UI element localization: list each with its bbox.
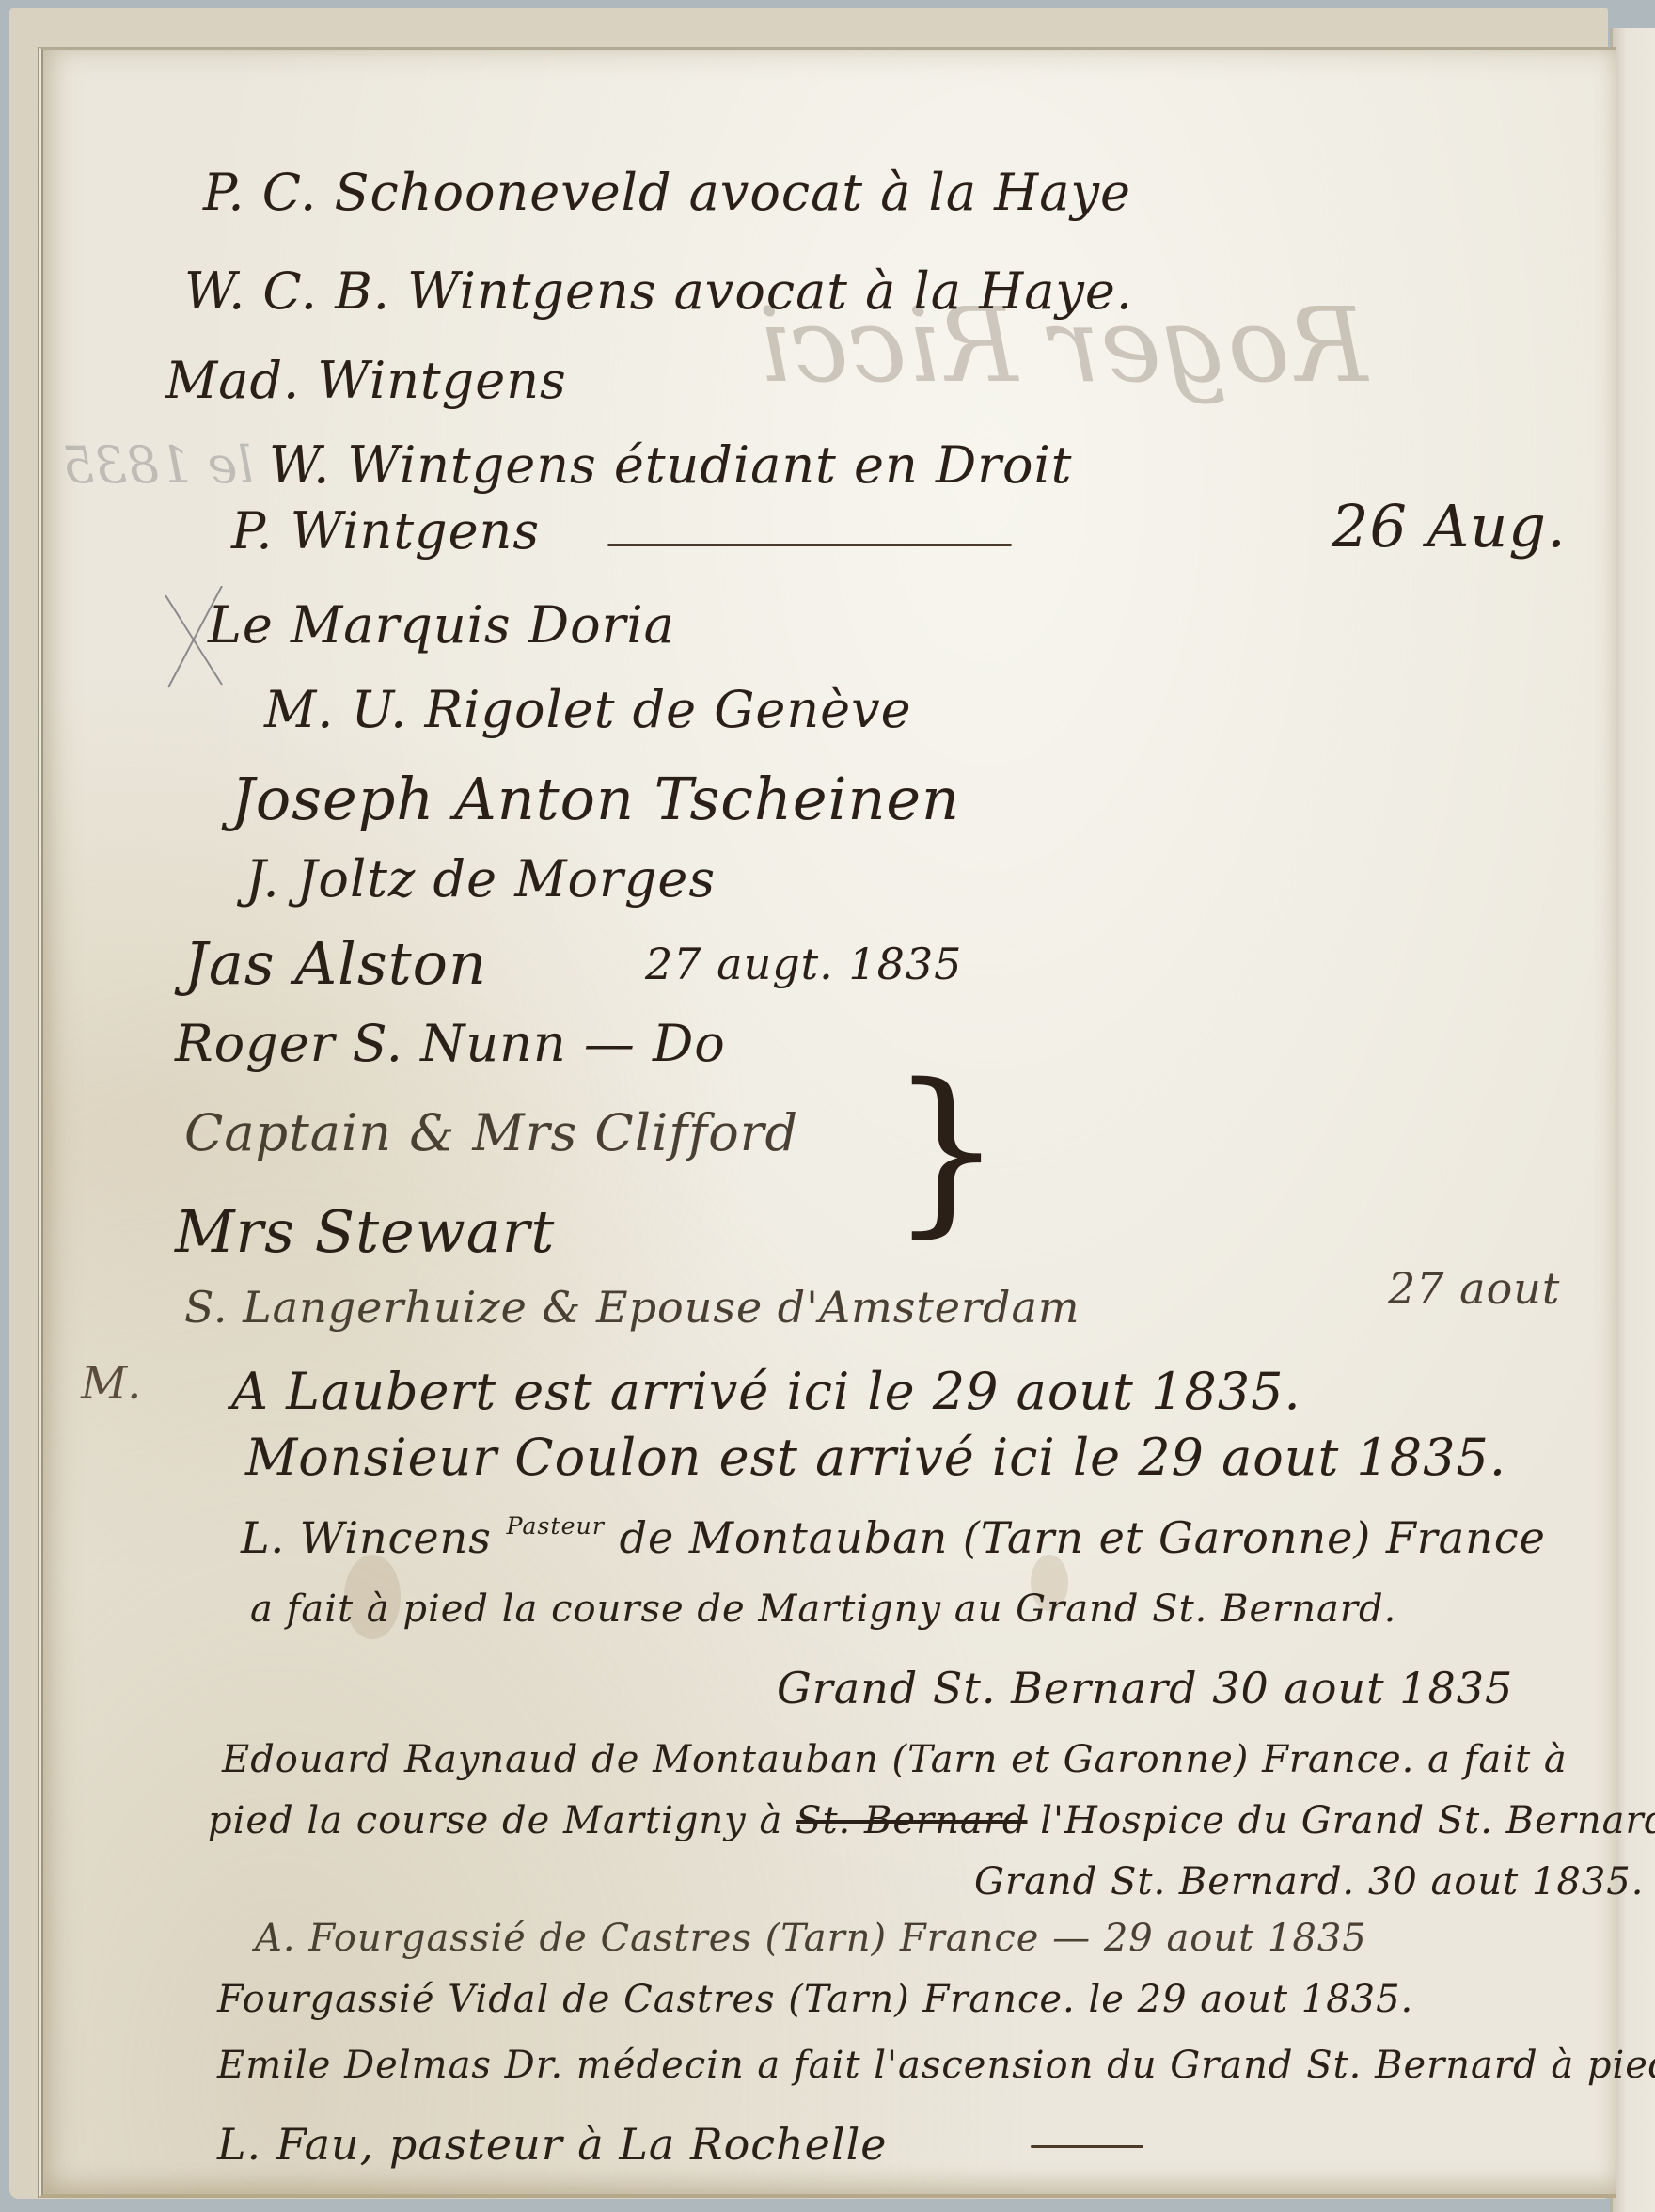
scanned-manuscript: Roger Ricci le 1835 M. P. C. Schooneveld… (0, 0, 1655, 2212)
manuscript-page: Roger Ricci le 1835 M. P. C. Schooneveld… (38, 47, 1616, 2198)
entry-grand-st-bernard-date-2: Grand St. Bernard. 30 aout 1835. (974, 1860, 1644, 1904)
entry-coulon: Monsieur Coulon est arrivé ici le 29 aou… (245, 1428, 1506, 1487)
entry-grand-st-bernard-date-1: Grand St. Bernard 30 aout 1835 (777, 1663, 1513, 1714)
entry-schooneveld: P. C. Schooneveld avocat à la Haye (203, 163, 1131, 222)
entry-langerhuize-date: 27 aout (1388, 1263, 1560, 1314)
raynaud-course-text: pied la course de Martigny à (208, 1799, 782, 1842)
entry-wintgens-wcb: W. C. B. Wintgens avocat à la Haye. (184, 261, 1133, 321)
entry-laubert: A Laubert est arrivé ici le 29 aout 1835… (231, 1362, 1301, 1421)
wincens-name: L. Wincens (241, 1512, 492, 1563)
entry-nunn: Roger S. Nunn — Do (175, 1014, 726, 1073)
entry-rigolet: M. U. Rigolet de Genève (264, 680, 912, 739)
entry-fourgassie-a: A. Fourgassié de Castres (Tarn) France —… (255, 1917, 1367, 1960)
entry-clifford: Captain & Mrs Clifford (184, 1103, 798, 1162)
entry-stewart: Mrs Stewart (175, 1197, 555, 1266)
trailing-stroke (1031, 2145, 1143, 2148)
entry-alston-date: 27 augt. 1835 (645, 939, 962, 989)
entry-alston: Jas Alston (184, 929, 487, 998)
entry-fau: L. Fau, pasteur à La Rochelle (217, 2119, 888, 2170)
entry-joltz: J. Joltz de Morges (245, 849, 716, 908)
raynaud-destination: l'Hospice du Grand St. Bernard. (1040, 1799, 1655, 1842)
entry-marquis-doria: Le Marquis Doria (208, 595, 675, 655)
entry-mad-wintgens: Mad. Wintgens (165, 351, 567, 410)
entry-wincens-course: a fait à pied la course de Martigny au G… (250, 1588, 1396, 1631)
curly-brace: } (890, 1061, 1003, 1240)
entry-raynaud-course: pied la course de Martigny à St. Bernard… (208, 1799, 1655, 1842)
entry-tscheinen: Joseph Anton Tscheinen (231, 765, 960, 833)
entry-wincens: L. Wincens Pasteur de Montauban (Tarn et… (241, 1512, 1546, 1563)
struck-text: St. Bernard (796, 1799, 1027, 1842)
wincens-origin: de Montauban (Tarn et Garonne) France (620, 1512, 1546, 1563)
entry-date-26-aug: 26 Aug. (1332, 492, 1567, 561)
entry-p-wintgens: P. Wintgens (231, 501, 540, 561)
entry-raynaud: Edouard Raynaud de Montauban (Tarn et Ga… (222, 1738, 1568, 1781)
entry-fourgassie-vidal: Fourgassié Vidal de Castres (Tarn) Franc… (217, 1978, 1413, 2021)
entry-langerhuize: S. Langerhuize & Epouse d'Amsterdam (184, 1282, 1080, 1333)
underline-stroke (607, 544, 1012, 546)
wincens-title: Pasteur (506, 1512, 604, 1540)
bleed-through-year: le 1835 (62, 435, 254, 495)
margin-note: M. (81, 1357, 141, 1410)
entry-delmas: Emile Delmas Dr. médecin a fait l'ascens… (217, 2044, 1655, 2087)
entry-w-wintgens: W. Wintgens étudiant en Droit (269, 435, 1072, 495)
